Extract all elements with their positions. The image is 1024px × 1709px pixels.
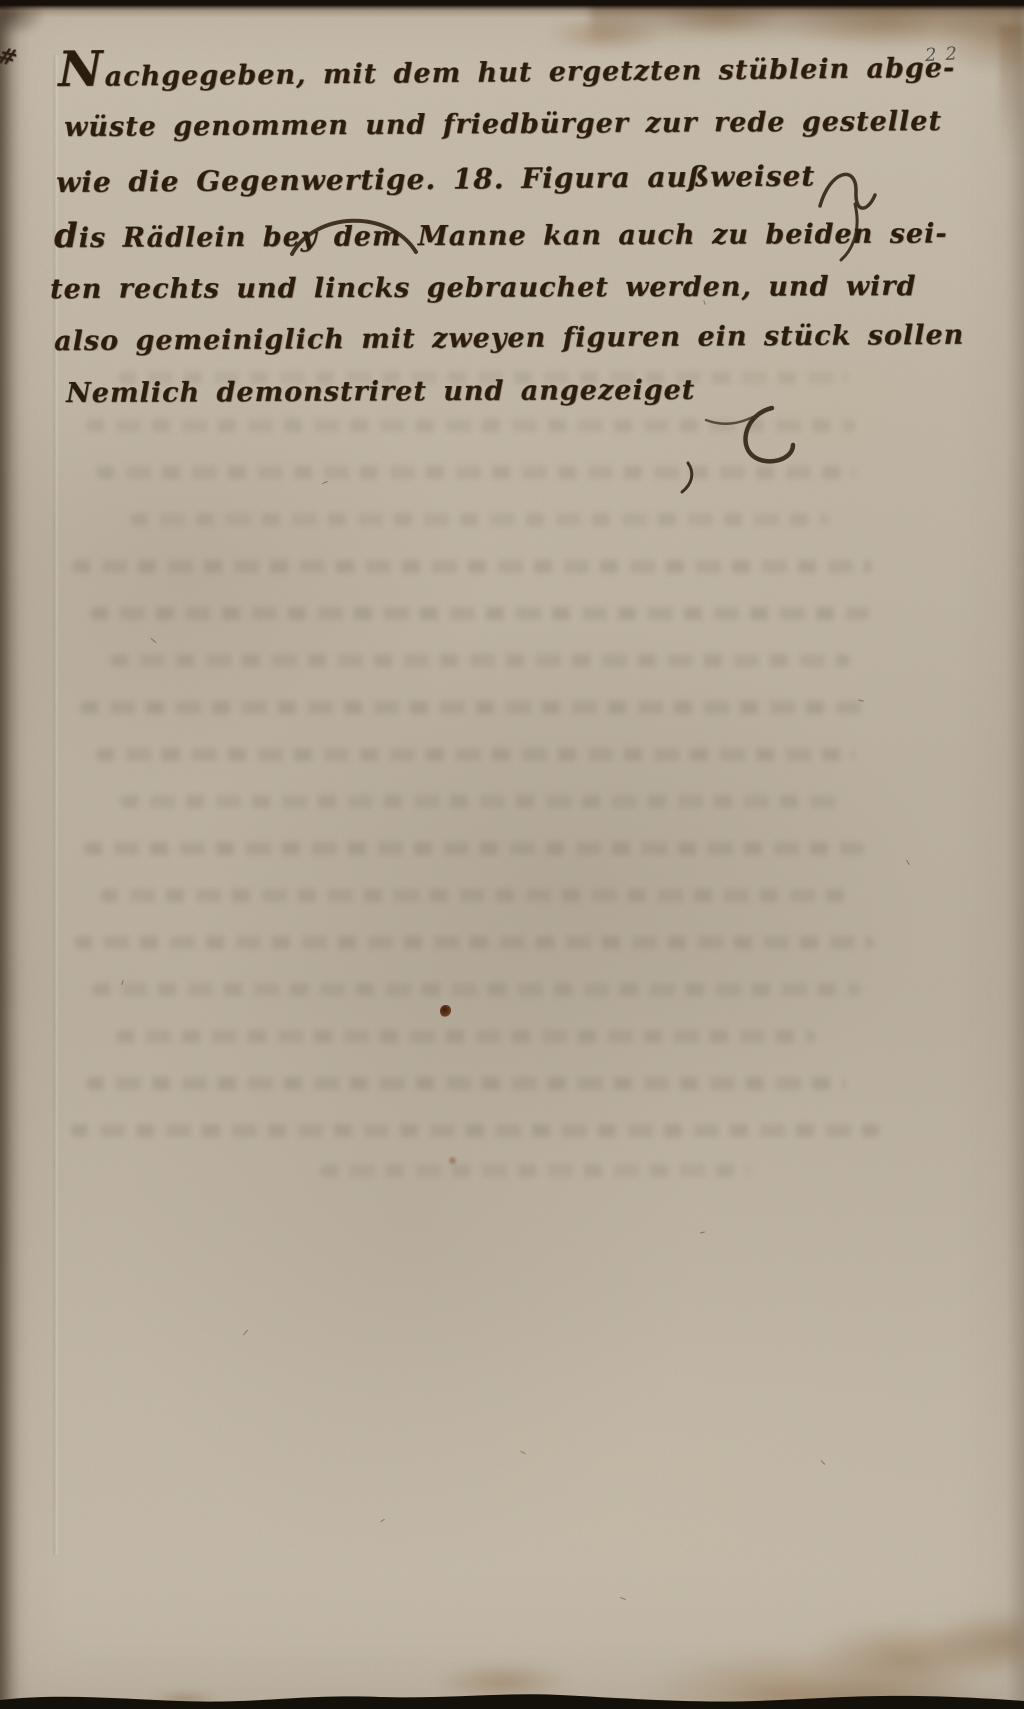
ghost-text-line — [320, 1164, 750, 1177]
stain-bottom-right — [630, 1555, 1024, 1705]
ghost-text-line — [84, 842, 864, 855]
stain-right-edge — [1000, 25, 1024, 155]
ghost-text-line — [96, 466, 856, 479]
ghost-text-line — [86, 419, 856, 432]
top-page-edge — [0, 0, 1024, 18]
paper-fleck — [821, 1460, 826, 1465]
handwritten-line: wüste genommen und friedbürger zur rede … — [64, 106, 942, 143]
ghost-text-line — [92, 983, 862, 996]
paper-fleck — [243, 1329, 248, 1335]
paper-fleck — [150, 638, 156, 643]
ghost-text-line — [116, 1030, 816, 1043]
ghost-text-line — [74, 936, 874, 949]
handwritten-line: Nemlich demonstriret und angezeiget — [66, 375, 695, 409]
handwritten-line: dis Rädlein bey dem Manne kan auch zu be… — [54, 215, 948, 254]
ghost-text-line — [120, 795, 840, 808]
paper-fleck — [906, 860, 910, 866]
paper-fleck — [520, 1451, 526, 1455]
ghost-text-line — [110, 654, 850, 667]
ink-blot-spot — [440, 1005, 451, 1017]
handwritten-line: also gemeiniglich mit zweyen figuren ein… — [54, 320, 964, 357]
ghost-text-line — [130, 513, 830, 526]
ghost-text-line — [96, 748, 856, 761]
binding-gutter-shadow — [0, 0, 20, 1709]
manuscript-page: 22 # Nachgegeben, mit dem hut ergetzten … — [0, 0, 1024, 1709]
ghost-text-line — [86, 1077, 846, 1090]
ghost-text-line — [90, 607, 870, 620]
faint-spot — [449, 1157, 456, 1164]
ghost-text-line — [70, 1124, 880, 1137]
paper-fleck — [700, 1231, 705, 1233]
handwritten-line: wie die Gegenwertige. 18. Figura außweis… — [56, 159, 815, 199]
handwritten-line: Nachgegeben, mit dem hut ergetzten stübl… — [58, 43, 955, 93]
pen-flourish-line3 — [820, 174, 875, 208]
ghost-text-line — [72, 560, 872, 573]
paper-fleck — [322, 481, 328, 484]
paper-fleck — [620, 1597, 626, 1600]
paper-fleck — [380, 1519, 385, 1523]
handwritten-line: ten rechts und lincks gebrauchet werden,… — [50, 271, 916, 305]
ghost-text-line — [80, 701, 870, 714]
ghost-text-line — [100, 889, 850, 902]
bottom-page-edge — [0, 1687, 1024, 1709]
pen-flourish-line7-swash — [745, 408, 793, 461]
